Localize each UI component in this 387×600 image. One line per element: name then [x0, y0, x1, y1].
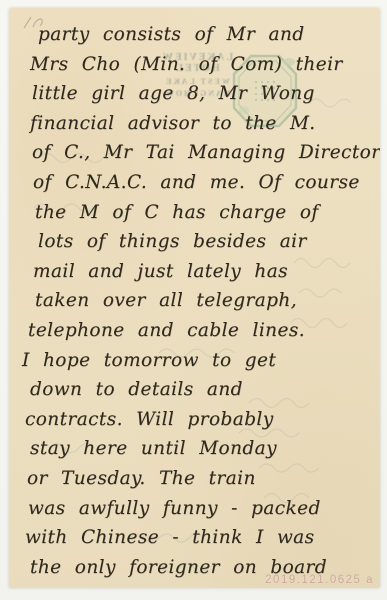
- scan-background: LAKEVIEW HOTEL WEST LAKE HANGCHOW: [0, 0, 387, 600]
- letter-body: party consists of Mr and Mrs Cho (Min. o…: [9, 20, 380, 582]
- letter-line: stay here until Monday: [9, 434, 380, 464]
- letter-line: party consists of Mr and: [9, 20, 380, 50]
- letter-line: little girl age 8, Mr Wong: [9, 79, 380, 109]
- letter-line: financial advisor to the M.: [9, 109, 380, 139]
- letter-line: lots of things besides air: [9, 227, 380, 257]
- letter-line: the M of C has charge of: [9, 198, 380, 228]
- letter-line: or Tuesday. The train: [9, 464, 380, 494]
- letter-page: LAKEVIEW HOTEL WEST LAKE HANGCHOW: [9, 8, 380, 588]
- letter-line: with Chinese - think I was: [9, 523, 380, 553]
- letter-line: taken over all telegraph,: [9, 286, 380, 316]
- letter-line: mail and just lately has: [9, 257, 380, 287]
- catalog-number: 2019.121.0625 a: [265, 574, 374, 586]
- letter-line: was awfully funny - packed: [9, 494, 380, 524]
- letter-line: contracts. Will probably: [9, 405, 380, 435]
- letter-line: of C.N.A.C. and me. Of course: [9, 168, 380, 198]
- letter-line: Mrs Cho (Min. of Com) their: [9, 50, 380, 80]
- letter-line: telephone and cable lines.: [9, 316, 380, 346]
- letter-line: I hope tomorrow to get: [9, 346, 380, 376]
- letter-line: down to details and: [9, 375, 380, 405]
- letter-line: of C., Mr Tai Managing Director: [9, 138, 380, 168]
